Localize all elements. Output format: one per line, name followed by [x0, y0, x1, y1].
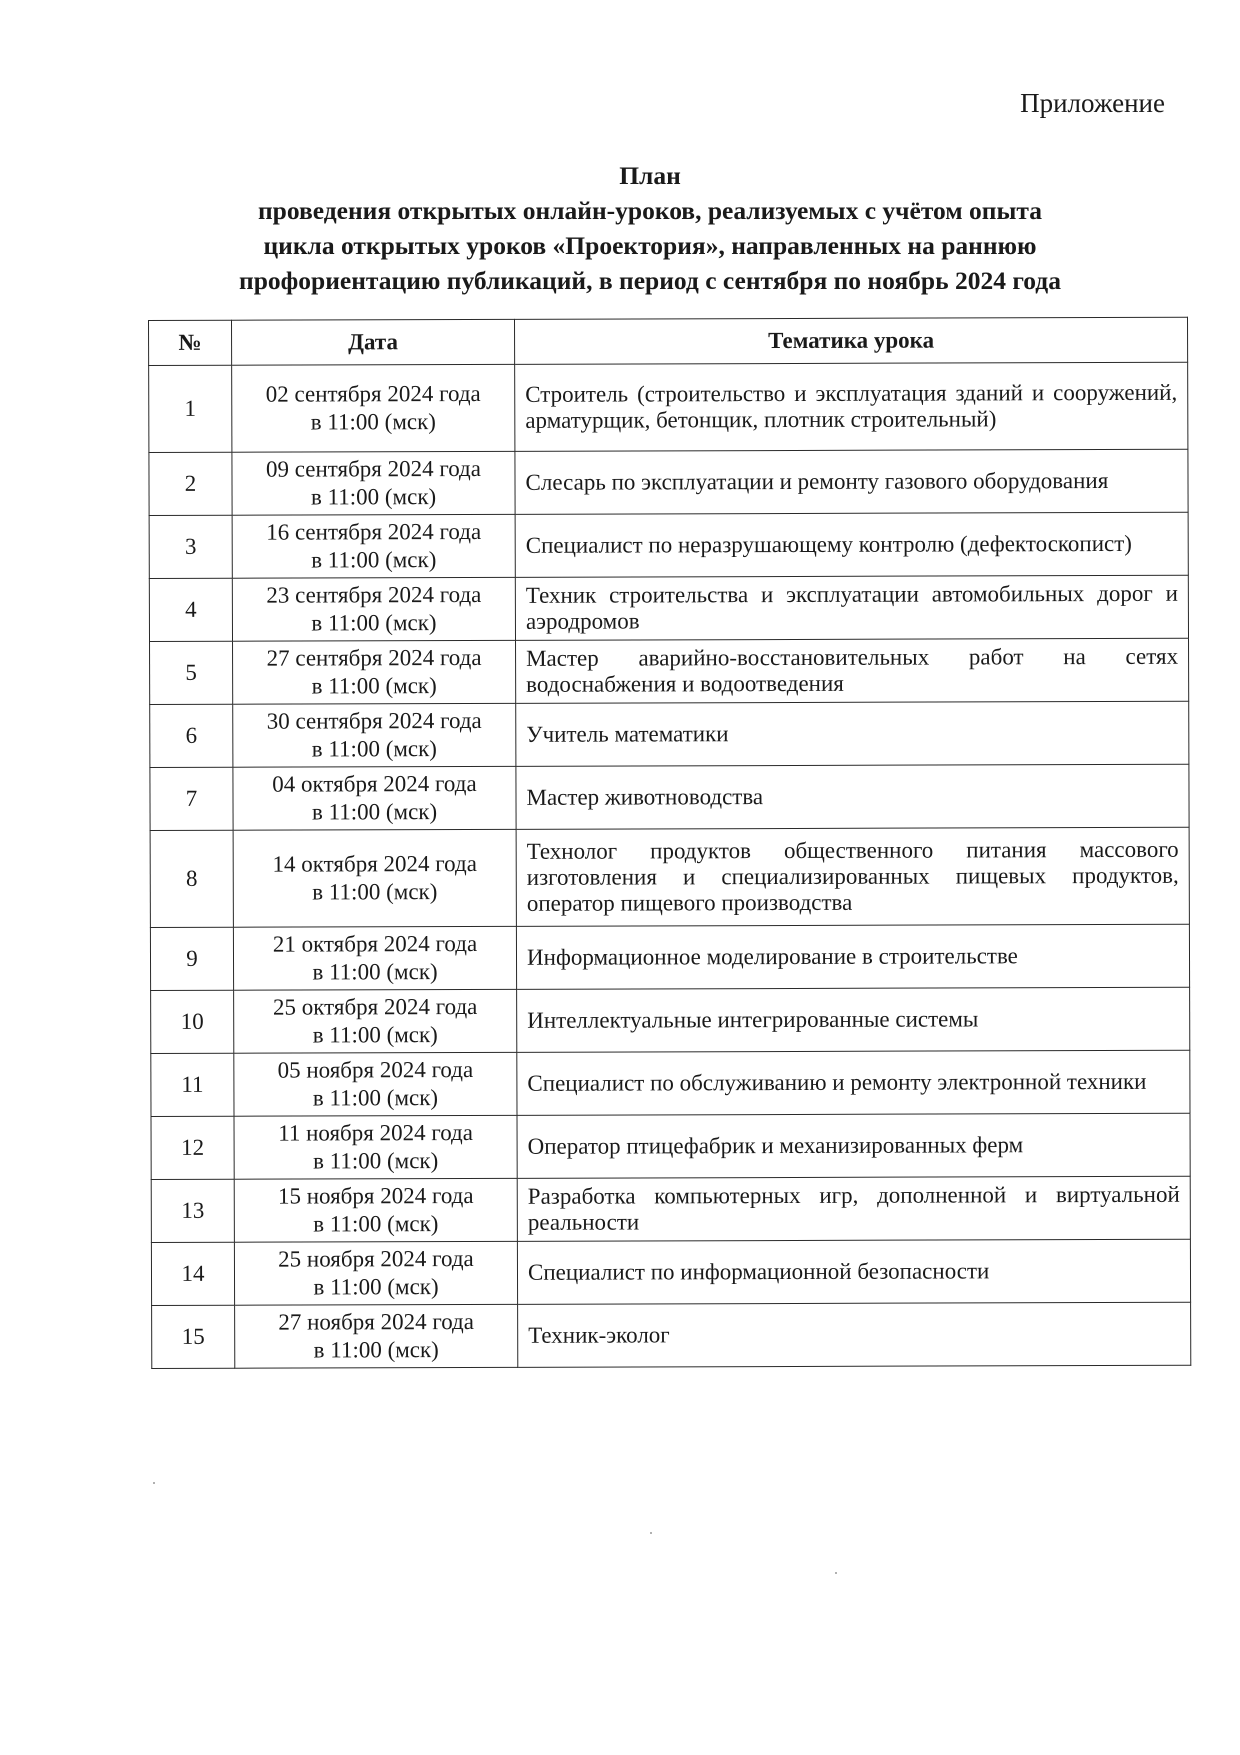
- table-body: 102 сентября 2024 годав 11:00 (мск)Строи…: [149, 362, 1191, 1368]
- table-row: 316 сентября 2024 годав 11:00 (мск)Специ…: [149, 512, 1188, 578]
- row-date: 02 сентября 2024 годав 11:00 (мск): [232, 364, 515, 452]
- row-number: 1: [149, 365, 232, 452]
- row-number: 13: [151, 1179, 234, 1242]
- time-text: в 11:00 (мск): [243, 735, 505, 764]
- table-row: 630 сентября 2024 годав 11:00 (мск)Учите…: [150, 701, 1189, 767]
- row-date: 09 сентября 2024 годав 11:00 (мск): [232, 451, 515, 515]
- row-number: 5: [150, 641, 233, 704]
- table-row: 423 сентября 2024 годав 11:00 (мск)Техни…: [149, 575, 1188, 641]
- table-row: 1025 октября 2024 годав 11:00 (мск)Интел…: [151, 987, 1190, 1053]
- time-text: в 11:00 (мск): [243, 609, 505, 638]
- date-text: 14 октября 2024 года: [244, 850, 506, 879]
- row-number: 15: [152, 1305, 235, 1368]
- title-line-1: План: [150, 158, 1150, 193]
- row-topic: Специалист по обслуживанию и ремонту эле…: [517, 1050, 1190, 1115]
- date-text: 15 ноября 2024 года: [245, 1182, 507, 1211]
- date-text: 11 ноября 2024 года: [245, 1119, 507, 1148]
- row-topic: Оператор птицефабрик и механизированных …: [517, 1113, 1190, 1178]
- column-header-number: №: [149, 320, 232, 365]
- row-number: 12: [151, 1116, 234, 1179]
- row-topic: Мастер аварийно-восстановительных работ …: [516, 638, 1189, 703]
- row-date: 15 ноября 2024 годав 11:00 (мск): [234, 1178, 517, 1242]
- date-text: 23 сентября 2024 года: [243, 581, 505, 610]
- table-row: 704 октября 2024 годав 11:00 (мск)Мастер…: [150, 764, 1189, 830]
- row-topic: Информационное моделирование в строитель…: [516, 924, 1189, 989]
- row-date: 14 октября 2024 годав 11:00 (мск): [233, 829, 516, 927]
- time-text: в 11:00 (мск): [242, 408, 504, 437]
- column-header-date: Дата: [232, 319, 515, 365]
- date-text: 30 сентября 2024 года: [243, 707, 505, 736]
- table-row: 209 сентября 2024 годав 11:00 (мск)Слеса…: [149, 449, 1188, 515]
- row-date: 04 октября 2024 годав 11:00 (мск): [233, 766, 516, 830]
- row-topic: Технолог продуктов общественного питания…: [516, 827, 1189, 926]
- time-text: в 11:00 (мск): [244, 958, 506, 987]
- row-number: 4: [149, 578, 232, 641]
- row-number: 9: [150, 927, 233, 990]
- scan-artifact: [650, 1532, 652, 1534]
- date-text: 09 сентября 2024 года: [242, 455, 504, 484]
- title-line-3: цикла открытых уроков «Проектория», напр…: [150, 228, 1150, 263]
- table-row: 1425 ноября 2024 годав 11:00 (мск)Специа…: [151, 1239, 1190, 1305]
- row-number: 7: [150, 767, 233, 830]
- time-text: в 11:00 (мск): [243, 483, 505, 512]
- row-topic: Разработка компьютерных игр, дополненной…: [517, 1176, 1190, 1241]
- time-text: в 11:00 (мск): [245, 1336, 507, 1365]
- row-number: 2: [149, 452, 232, 515]
- time-text: в 11:00 (мск): [244, 798, 506, 827]
- document-title: План проведения открытых онлайн-уроков, …: [150, 158, 1150, 298]
- column-header-topic: Тематика урока: [514, 317, 1187, 364]
- row-topic: Специалист по неразрушающему контролю (д…: [515, 512, 1188, 577]
- row-date: 30 сентября 2024 годав 11:00 (мск): [233, 703, 516, 767]
- row-topic: Строитель (строительство и эксплуатация …: [515, 362, 1188, 451]
- appendix-label: Приложение: [1020, 88, 1165, 119]
- row-topic: Специалист по информационной безопасност…: [517, 1239, 1190, 1304]
- time-text: в 11:00 (мск): [244, 878, 506, 907]
- date-text: 04 октября 2024 года: [243, 770, 505, 799]
- date-text: 27 ноября 2024 года: [245, 1308, 507, 1337]
- date-text: 27 сентября 2024 года: [243, 644, 505, 673]
- row-topic: Слесарь по эксплуатации и ремонту газово…: [515, 449, 1188, 514]
- table-row: 1315 ноября 2024 годав 11:00 (мск)Разраб…: [151, 1176, 1190, 1242]
- row-date: 27 ноября 2024 годав 11:00 (мск): [235, 1304, 518, 1368]
- table-row: 102 сентября 2024 годав 11:00 (мск)Строи…: [149, 362, 1188, 452]
- row-topic: Техник строительства и эксплуатации авто…: [515, 575, 1188, 640]
- table-row: 1105 ноября 2024 годав 11:00 (мск)Специа…: [151, 1050, 1190, 1116]
- date-text: 21 октября 2024 года: [244, 930, 506, 959]
- table-row: 814 октября 2024 годав 11:00 (мск)Технол…: [150, 827, 1189, 927]
- time-text: в 11:00 (мск): [243, 546, 505, 575]
- row-date: 05 ноября 2024 годав 11:00 (мск): [234, 1052, 517, 1116]
- table-row: 527 сентября 2024 годав 11:00 (мск)Масте…: [150, 638, 1189, 704]
- row-topic: Учитель математики: [516, 701, 1189, 766]
- time-text: в 11:00 (мск): [243, 672, 505, 701]
- row-date: 25 ноября 2024 годав 11:00 (мск): [234, 1241, 517, 1305]
- table-row: 1527 ноября 2024 годав 11:00 (мск)Техник…: [152, 1302, 1191, 1368]
- date-text: 05 ноября 2024 года: [244, 1056, 506, 1085]
- time-text: в 11:00 (мск): [245, 1147, 507, 1176]
- date-text: 25 октября 2024 года: [244, 993, 506, 1022]
- time-text: в 11:00 (мск): [245, 1210, 507, 1239]
- row-topic: Техник-эколог: [518, 1302, 1191, 1367]
- scan-artifact: [153, 1482, 155, 1484]
- table-row: 1211 ноября 2024 годав 11:00 (мск)Операт…: [151, 1113, 1190, 1179]
- time-text: в 11:00 (мск): [244, 1084, 506, 1113]
- row-number: 10: [151, 990, 234, 1053]
- title-line-2: проведения открытых онлайн-уроков, реали…: [150, 193, 1150, 228]
- title-line-4: профориентацию публикаций, в период с се…: [150, 263, 1150, 298]
- date-text: 02 сентября 2024 года: [242, 380, 504, 409]
- row-number: 8: [150, 830, 233, 927]
- date-text: 16 сентября 2024 года: [243, 518, 505, 547]
- scan-artifact: [835, 1572, 837, 1574]
- row-topic: Интеллектуальные интегрированные системы: [517, 987, 1190, 1052]
- lessons-table: № Дата Тематика урока 102 сентября 2024 …: [148, 317, 1191, 1369]
- row-number: 6: [150, 704, 233, 767]
- row-number: 14: [151, 1242, 234, 1305]
- date-text: 25 ноября 2024 года: [245, 1245, 507, 1274]
- row-date: 23 сентября 2024 годав 11:00 (мск): [232, 577, 515, 641]
- row-date: 21 октября 2024 годав 11:00 (мск): [233, 926, 516, 990]
- row-date: 25 октября 2024 годав 11:00 (мск): [234, 989, 517, 1053]
- table-header-row: № Дата Тематика урока: [149, 317, 1188, 365]
- row-date: 27 сентября 2024 годав 11:00 (мск): [233, 640, 516, 704]
- table-row: 921 октября 2024 годав 11:00 (мск)Информ…: [150, 924, 1189, 990]
- row-date: 11 ноября 2024 годав 11:00 (мск): [234, 1115, 517, 1179]
- time-text: в 11:00 (мск): [245, 1273, 507, 1302]
- row-number: 11: [151, 1053, 234, 1116]
- row-topic: Мастер животноводства: [516, 764, 1189, 829]
- time-text: в 11:00 (мск): [244, 1021, 506, 1050]
- row-number: 3: [149, 515, 232, 578]
- row-date: 16 сентября 2024 годав 11:00 (мск): [232, 514, 515, 578]
